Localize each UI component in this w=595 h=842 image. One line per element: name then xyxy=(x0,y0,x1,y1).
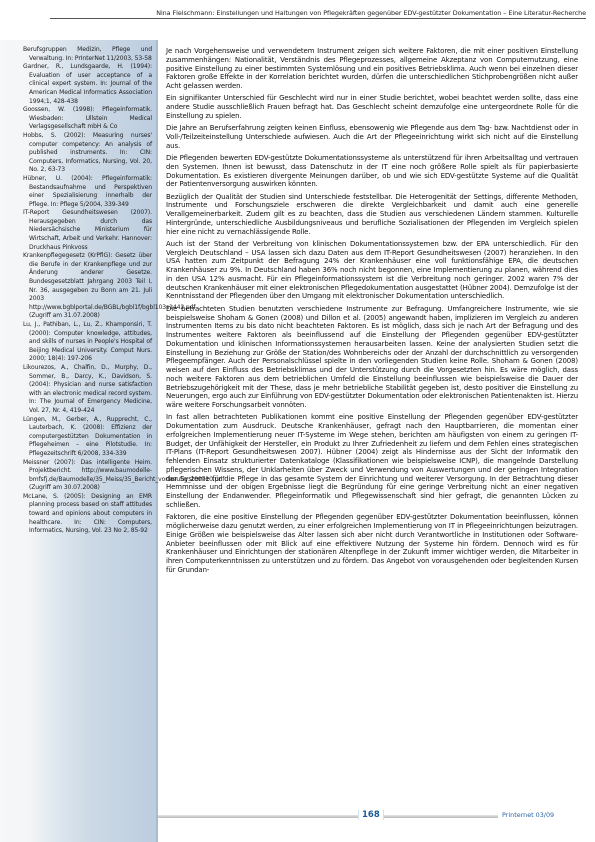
reference-entry: Hobbs, S. (2002): Measuring nurses' comp… xyxy=(23,132,152,175)
reference-entry: Lüngen, M., Gerber, A., Rupprecht, C., L… xyxy=(23,416,152,459)
page-number: 168 xyxy=(358,810,384,820)
page-footer: 168 Printernet 03/09 xyxy=(158,810,595,822)
body-paragraph: Bezüglich der Qualität der Studien sind … xyxy=(166,193,578,237)
reference-entry: Hübner, U. (2004): Pflegeinformatik: Bes… xyxy=(23,175,152,209)
body-paragraph: Faktoren, die eine positive Einstellung … xyxy=(166,513,578,574)
footer-rule xyxy=(158,815,498,818)
reference-list: Berufsgruppen Medizin, Pflege und Verwal… xyxy=(23,46,152,536)
journal-issue: Printernet 03/09 xyxy=(502,811,554,819)
body-paragraph: Auch ist der Stand der Verbreitung von k… xyxy=(166,240,578,301)
reference-entry: IT-Report Gesundheitswesen (2007). Herau… xyxy=(23,209,152,252)
main-body-text: Je nach Vorgehensweise und verwendetem I… xyxy=(166,47,578,578)
reference-entry: Berufsgruppen Medizin, Pflege und Verwal… xyxy=(23,46,152,63)
reference-entry: Meissner (2007): Das intelligente Heim. … xyxy=(23,459,152,493)
reference-entry: Goossen, W. (1998): Pflegeinformatik. Wi… xyxy=(23,106,152,132)
reference-entry: Likourezos, A., Chalfin, D., Murphy, D.,… xyxy=(23,364,152,416)
running-header: Nina Fleischmann: Einstellungen und Halt… xyxy=(50,9,586,19)
reference-entry: Gardner, R., Lundsgaarde, H. (1994): Eva… xyxy=(23,63,152,106)
body-paragraph: Ein signifikanter Unterschied für Geschl… xyxy=(166,94,578,120)
body-paragraph: Die betrachteten Studien benutzten versc… xyxy=(166,305,578,410)
body-paragraph: Die Jahre an Berufserfahrung zeigten kei… xyxy=(166,124,578,150)
reference-entry: Krankenpflegegesetz (KrPflG): Gesetz übe… xyxy=(23,252,152,321)
body-paragraph: Je nach Vorgehensweise und verwendetem I… xyxy=(166,47,578,91)
body-paragraph: In fast allen betrachteten Publikationen… xyxy=(166,413,578,509)
reference-entry: McLane, S. (2005): Designing an EMR plan… xyxy=(23,493,152,536)
reference-entry: Lu, J., Pathiban, L., Lu, Z., Khamponsir… xyxy=(23,321,152,364)
body-paragraph: Die Pflegenden bewerten EDV-gestützte Do… xyxy=(166,154,578,189)
